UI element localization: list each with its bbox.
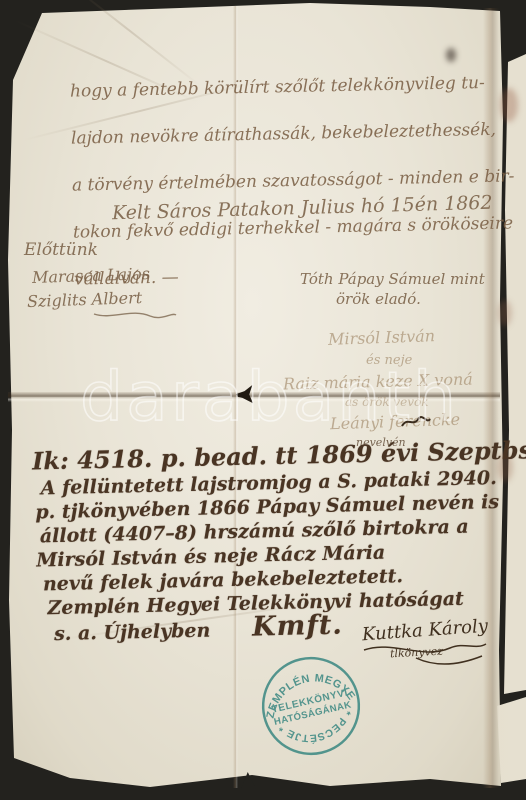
photo-background: hogy a fentebb körülírt szőlőt telekköny… <box>0 0 526 800</box>
signature-flourish <box>360 638 492 668</box>
seller-line: örök eladó. <box>336 290 421 308</box>
buyer-line: as örök vevők <box>345 395 429 409</box>
buyer-line: Mirsól István <box>328 326 436 349</box>
ink-scribble <box>400 414 432 430</box>
witness-flourish <box>92 306 178 322</box>
kmft-abbreviation: Kmft. <box>252 610 343 643</box>
buyer-line: és neje <box>366 353 412 368</box>
registration-block: Ik: 4518. p. bead. tt 1869 évi Szeptbs 2… <box>32 434 526 647</box>
witness-heading: Előttünk <box>24 240 98 260</box>
seller-line: Tóth Pápay Sámuel mint <box>300 270 485 288</box>
registration-line: s. a. Újhelyben <box>54 620 211 646</box>
